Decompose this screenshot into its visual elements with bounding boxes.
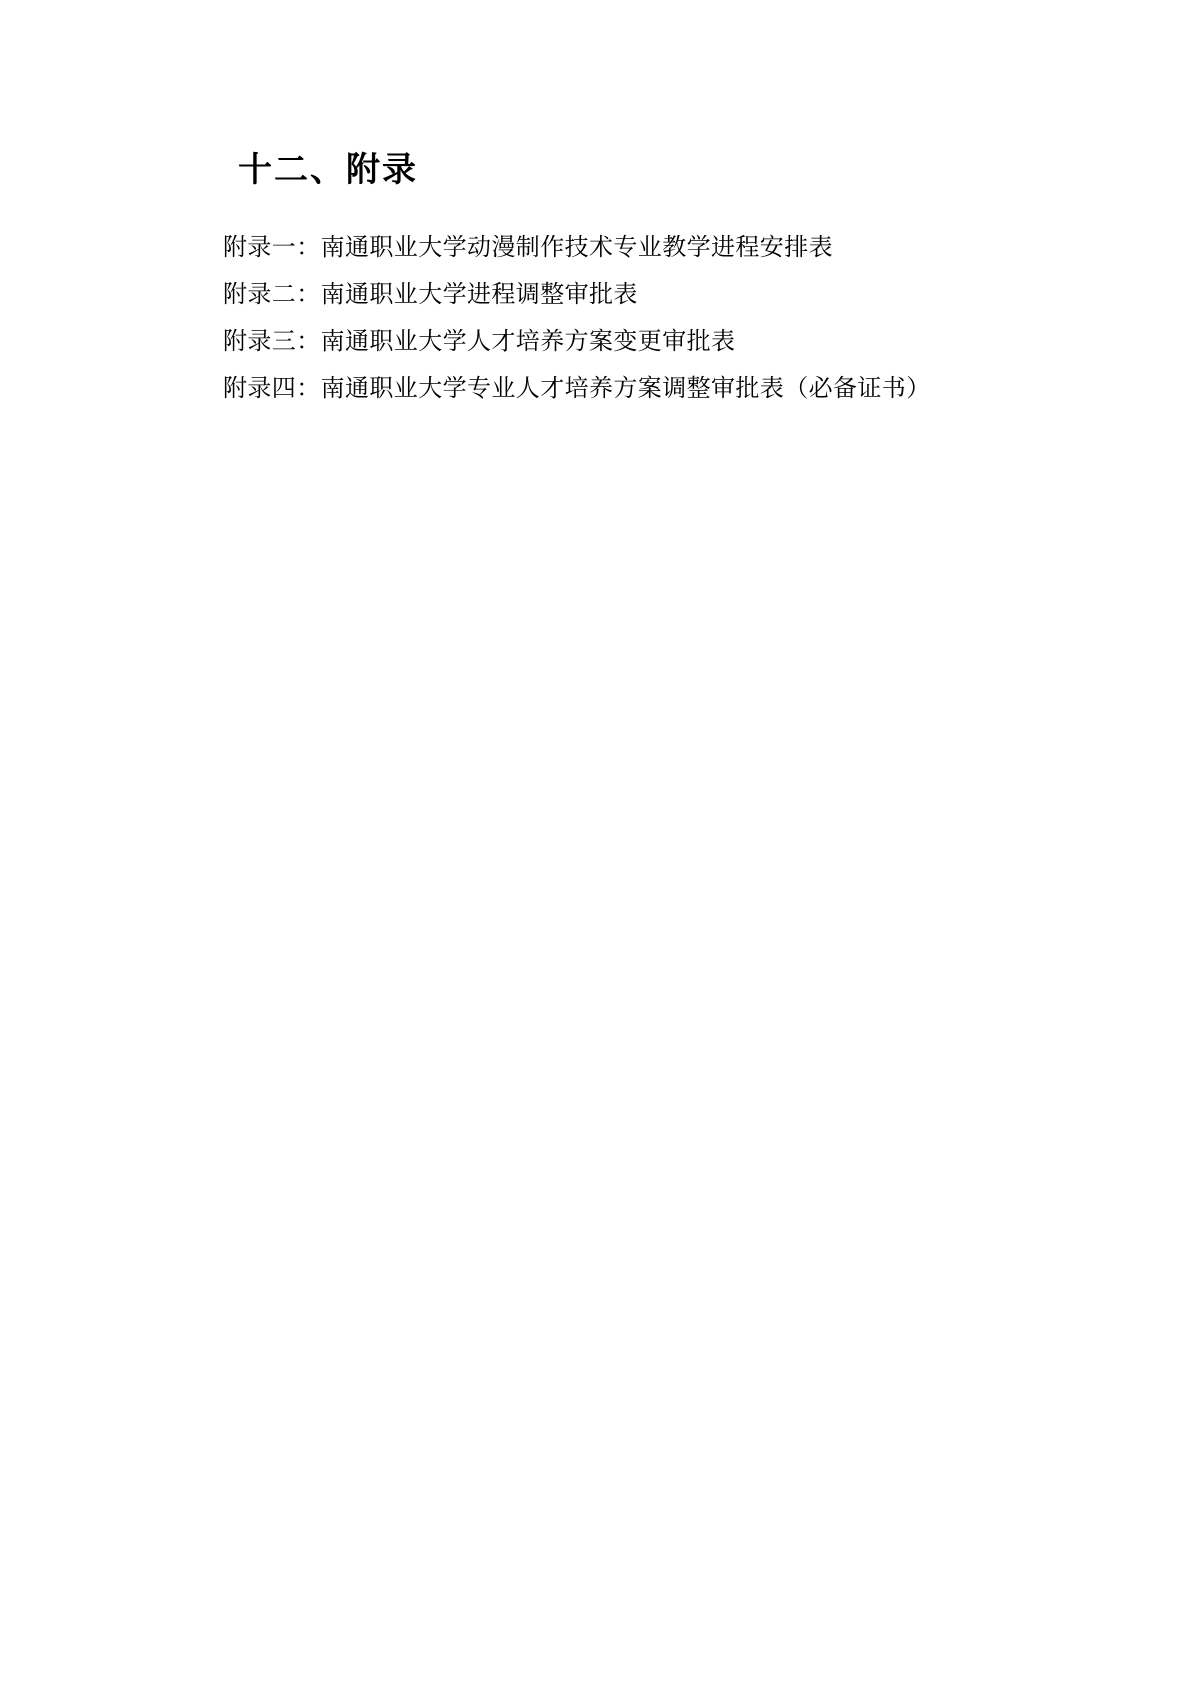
appendix-item-4: 附录四：南通职业大学专业人才培养方案调整审批表（必备证书） <box>223 377 931 402</box>
document-page: 十二、附录 附录一：南通职业大学动漫制作技术专业教学进程安排表 附录二：南通职业… <box>0 0 1191 1684</box>
appendix-item-2: 附录二：南通职业大学进程调整审批表 <box>223 283 638 308</box>
appendix-item-3: 附录三：南通职业大学人才培养方案变更审批表 <box>223 330 735 355</box>
appendix-item-1: 附录一：南通职业大学动漫制作技术专业教学进程安排表 <box>223 236 833 261</box>
section-heading: 十二、附录 <box>238 153 418 189</box>
